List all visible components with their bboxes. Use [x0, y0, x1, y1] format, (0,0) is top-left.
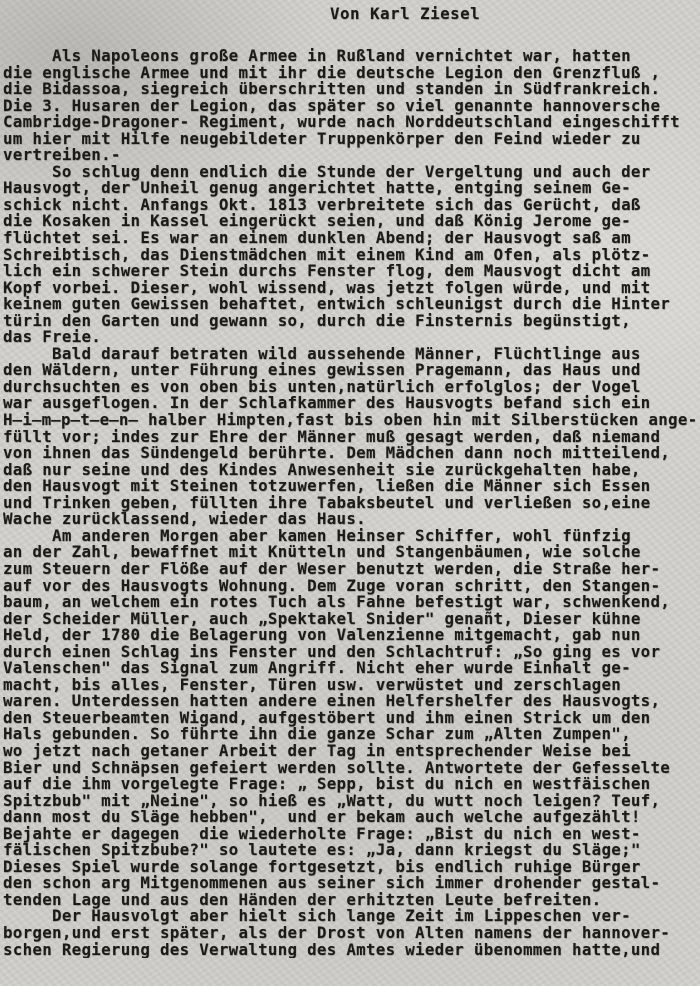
byline: Von Karl Ziesel: [330, 4, 480, 23]
document-page: Von Karl Ziesel Als Napoleons große Arme…: [0, 0, 700, 986]
body-text: Als Napoleons große Armee in Rußland ver…: [3, 48, 700, 958]
